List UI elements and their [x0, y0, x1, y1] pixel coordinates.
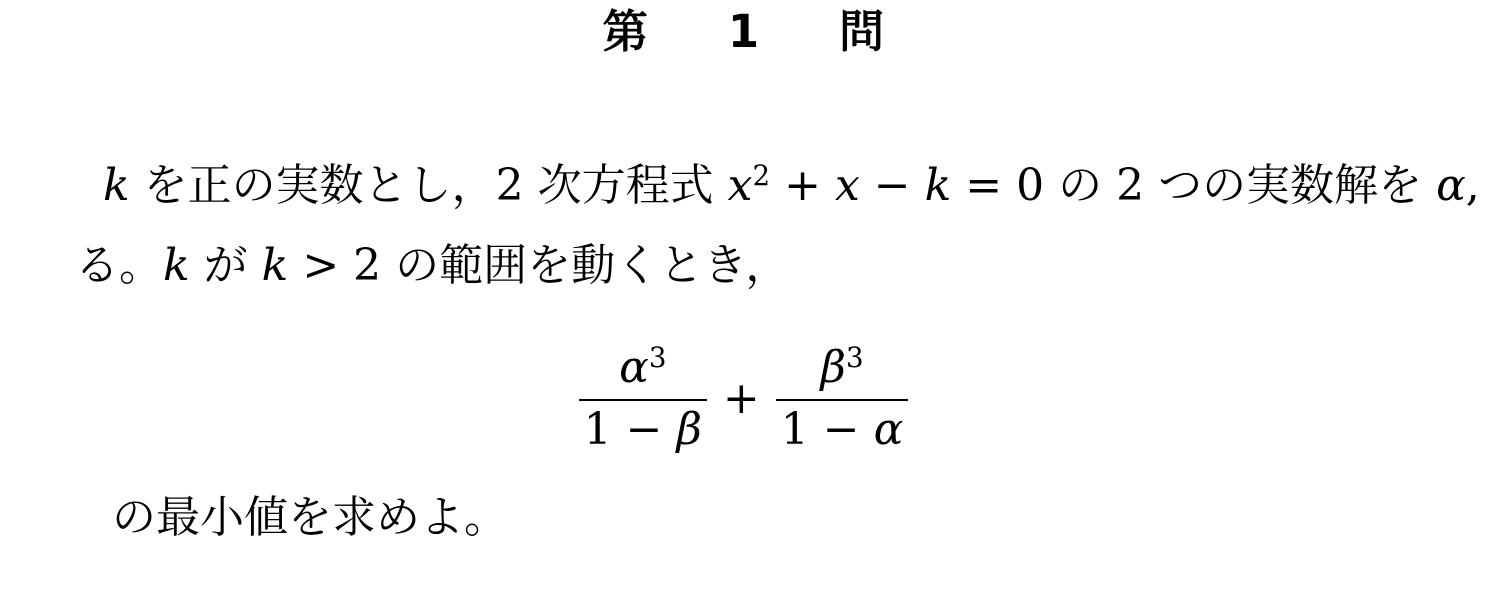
math-var-beta: β [821, 342, 846, 393]
fraction-alpha-term: α3 1 − β [579, 344, 707, 455]
problem-title-char-mon: 問 [839, 6, 884, 58]
statement-text: が [190, 240, 262, 291]
math-var-x: x [835, 160, 860, 211]
statement-line-3: の最小値を求めよ。 [112, 492, 508, 545]
math-exponent-2: 2 [752, 159, 770, 192]
math-var-beta: β [676, 404, 701, 455]
math-comma: , [1466, 160, 1487, 211]
problem-title: 第 1 問 [0, 6, 1487, 58]
math-var-k: k [163, 240, 190, 291]
math-var-alpha: α [1436, 160, 1466, 211]
math-var-alpha: α [874, 404, 904, 455]
statement-text: = 0 の 2 つの実数解を [951, 160, 1436, 211]
math-var-k: k [103, 160, 130, 211]
math-var-alpha: α [619, 342, 649, 393]
math-plus-operator: + [770, 160, 835, 211]
math-text: 1 − [584, 404, 677, 455]
display-formula: α3 1 − β + β3 1 − α [0, 344, 1487, 455]
math-var-k: k [262, 240, 289, 291]
math-exponent-3: 3 [846, 341, 864, 374]
fraction-beta-term: β3 1 − α [776, 344, 909, 455]
math-exponent-3: 3 [649, 341, 667, 374]
problem-title-number: 1 [728, 6, 759, 58]
statement-line-2: る。k が k > 2 の範囲を動くとき， [75, 240, 789, 293]
statement-text: を正の実数とし，2 次方程式 [130, 160, 728, 211]
math-var-k: k [925, 160, 952, 211]
fraction-numerator: β3 [815, 344, 870, 399]
math-minus-operator: − [860, 160, 925, 211]
fraction-numerator: α3 [613, 344, 672, 399]
problem-title-char-dai: 第 [603, 6, 648, 58]
exam-problem-page: 第 1 問 k を正の実数とし，2 次方程式 x2 + x − k = 0 の … [0, 0, 1487, 596]
statement-text: > 2 の範囲を動くとき， [288, 240, 789, 291]
plus-operator: + [723, 377, 760, 421]
fraction-denominator: 1 − α [776, 399, 909, 454]
statement-line-1: k を正の実数とし，2 次方程式 x2 + x − k = 0 の 2 つの実数… [103, 160, 1487, 213]
math-var-x: x [728, 160, 753, 211]
fraction-denominator: 1 − β [579, 399, 707, 454]
math-text: 1 − [781, 404, 874, 455]
statement-text: る。 [75, 240, 163, 291]
